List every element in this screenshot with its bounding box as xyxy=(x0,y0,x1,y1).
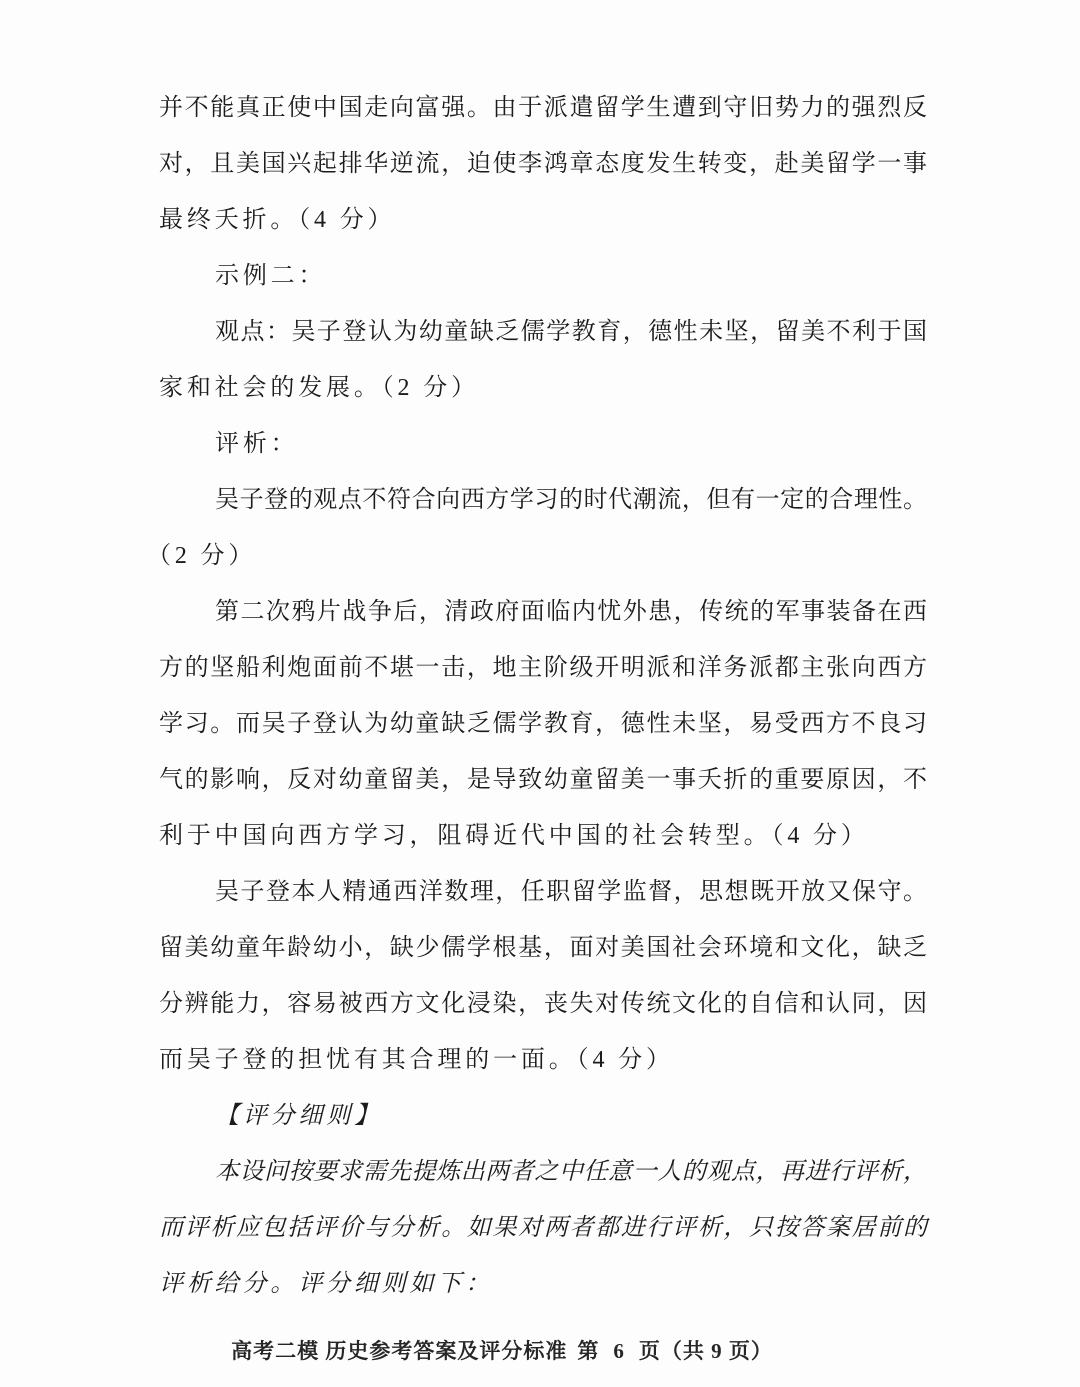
text-line: 学习。而吴子登认为幼童缺乏儒学教育，德性未坚，易受西方不良习 xyxy=(159,696,927,752)
text-line: 而吴子登的担忧有其合理的一面。（4 分） xyxy=(159,1032,927,1088)
text-line: 对，且美国兴起排华逆流，迫使李鸿章态度发生转变，赴美留学一事 xyxy=(159,136,927,192)
text-line: 评析： xyxy=(159,416,927,472)
footer-page-prefix: 第 xyxy=(577,1339,599,1363)
text-line: 吴子登的观点不符合向西方学习的时代潮流，但有一定的合理性。 xyxy=(159,472,927,528)
text-line: 并不能真正使中国走向富强。由于派遣留学生遭到守旧势力的强烈反 xyxy=(159,80,927,136)
text-line: 最终夭折。（4 分） xyxy=(159,192,927,248)
page-footer: 高考二模 历史参考答案及评分标准第6页（共 9 页） xyxy=(0,1336,1004,1366)
text-line: 评析给分。评分细则如下： xyxy=(159,1256,927,1312)
text-line: 留美幼童年龄幼小，缺少儒学根基，面对美国社会环境和文化，缺乏 xyxy=(159,920,927,976)
footer-total-pages: （共 9 页） xyxy=(661,1339,773,1363)
text-line: 方的坚船利炮面前不堪一击，地主阶级开明派和洋务派都主张向西方 xyxy=(159,640,927,696)
text-line: 利于中国向西方学习，阻碍近代中国的社会转型。（4 分） xyxy=(159,808,927,864)
text-line: 本设问按要求需先提炼出两者之中任意一人的观点，再进行评析， xyxy=(159,1144,927,1200)
text-line: 气的影响，反对幼童留美，是导致幼童留美一事夭折的重要原因，不 xyxy=(159,752,927,808)
document-page: 并不能真正使中国走向富强。由于派遣留学生遭到守旧势力的强烈反 对，且美国兴起排华… xyxy=(0,0,1080,1387)
text-line: 第二次鸦片战争后，清政府面临内忧外患，传统的军事装备在西 xyxy=(159,584,927,640)
footer-doc-label: 高考二模 历史参考答案及评分标准 xyxy=(231,1339,567,1363)
text-line: 吴子登本人精通西洋数理，任职留学监督，思想既开放又保守。 xyxy=(159,864,927,920)
text-line: 观点：吴子登认为幼童缺乏儒学教育，德性未坚，留美不利于国 xyxy=(159,304,927,360)
text-line: （2 分） xyxy=(147,528,927,584)
text-line: 家和社会的发展。（2 分） xyxy=(159,360,927,416)
text-line: 示例二： xyxy=(159,248,927,304)
text-line: 而评析应包括评价与分析。如果对两者都进行评析，只按答案居前的 xyxy=(159,1200,927,1256)
document-body: 并不能真正使中国走向富强。由于派遣留学生遭到守旧势力的强烈反 对，且美国兴起排华… xyxy=(159,80,927,1312)
footer-page-suffix: 页 xyxy=(639,1339,661,1363)
rubric-heading: 【评分细则】 xyxy=(159,1088,927,1144)
footer-page-number: 6 xyxy=(613,1336,625,1366)
text-line: 分辨能力，容易被西方文化浸染，丧失对传统文化的自信和认同，因 xyxy=(159,976,927,1032)
